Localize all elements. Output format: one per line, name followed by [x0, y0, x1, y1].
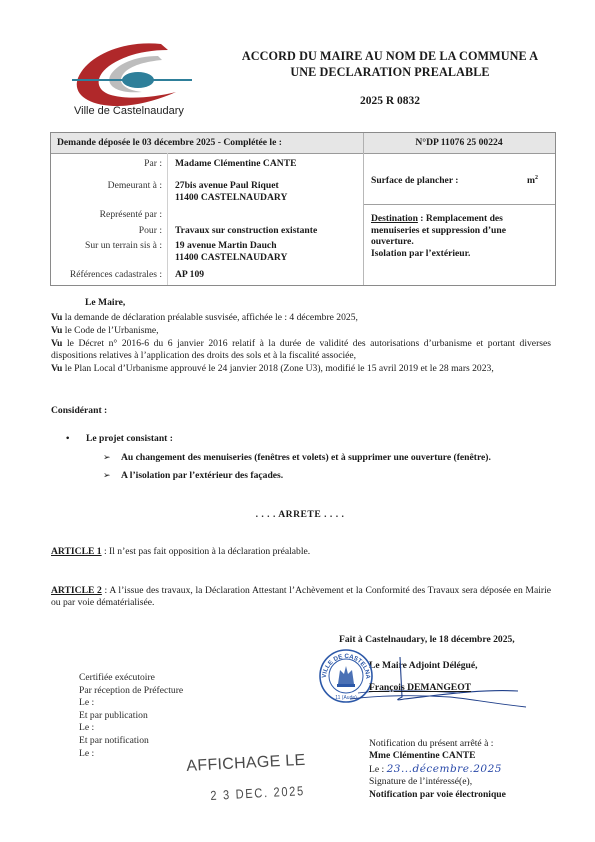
notification-signature-line: Signature de l’intéressé(e), [369, 776, 506, 788]
surface-label: Surface de plancher : [371, 175, 459, 186]
arrete-heading: . . . . ARRETE . . . . [50, 509, 550, 520]
certification-block: Certifiée exécutoire Par réception de Pr… [79, 672, 183, 760]
visa-text: la demande de déclaration préalable susv… [62, 312, 358, 323]
arrow-bullet-icon: ➢ [103, 470, 111, 481]
label-demeurant: Demeurant à : [108, 180, 162, 191]
value-purpose: Travaux sur construction existante [175, 225, 317, 237]
label-column-divider [167, 153, 168, 285]
destination-label: Destination [371, 213, 418, 224]
table-header: Demande déposée le 03 décembre 2025 - Co… [51, 133, 555, 154]
article-1: ARTICLE 1 : Il n’est pas fait opposition… [51, 546, 551, 558]
posting-stamp-date: 2 3 DEC. 2025 [210, 783, 305, 803]
surface-unit-sup: 2 [535, 175, 538, 181]
destination-line-1: Destination : Remplacement des [371, 213, 549, 225]
certification-line: Et par publication [79, 710, 183, 723]
dp-number: N°DP 11076 25 00224 [363, 137, 555, 148]
label-terrain: Sur un terrain sis à : [85, 240, 162, 251]
title-line-2: UNE DECLARATION PREALABLE [210, 64, 570, 80]
article-text: : A l’issue des travaux, la Déclaration … [51, 585, 551, 608]
label-par: Par : [144, 158, 162, 169]
main-column-divider [363, 153, 364, 285]
label-cadastral: Références cadastrales : [70, 269, 162, 280]
posting-stamp-label: AFFICHAGE LE [186, 752, 306, 776]
certification-line: Le : [79, 722, 183, 735]
article-key: ARTICLE 2 [51, 585, 102, 596]
notification-intro: Notification du présent arrêté à : [369, 738, 506, 750]
project-item-1: Au changement des menuiseries (fenêtres … [121, 452, 491, 463]
surface-unit-text: m [527, 175, 535, 186]
visa-text: le Plan Local d’Urbanisme approuvé le 24… [62, 363, 493, 374]
value-applicant: Madame Clémentine CANTE [175, 158, 297, 170]
notification-date-label: Le : [369, 764, 384, 775]
value-address: 27bis avenue Paul Riquet 11400 CASTELNAU… [175, 180, 287, 203]
application-info-table: Demande déposée le 03 décembre 2025 - Co… [50, 132, 556, 286]
bullet-icon: • [66, 433, 69, 444]
label-represente: Représenté par : [100, 209, 162, 220]
logo-text: Ville de Castelnaudary [74, 105, 184, 117]
visa-key: Vu [51, 363, 62, 374]
notification-date-handwritten: 23...décembre.2025 [387, 763, 502, 775]
certification-line: Et par notification [79, 735, 183, 748]
document-title: ACCORD DU MAIRE AU NOM DE LA COMMUNE A U… [210, 48, 570, 80]
certification-line: Le : [79, 748, 183, 761]
site-address-line-1: 19 avenue Martin Dauch [175, 240, 287, 252]
address-line-1: 27bis avenue Paul Riquet [175, 180, 287, 192]
place-date: Fait à Castelnaudary, le 18 décembre 202… [339, 634, 515, 645]
visa-2: Vu le Code de l’Urbanisme, [51, 325, 551, 337]
right-section-divider [364, 204, 555, 205]
value-site-address: 19 avenue Martin Dauch 11400 CASTELNAUDA… [175, 240, 287, 263]
site-address-line-2: 11400 CASTELNAUDARY [175, 252, 287, 264]
article-2: ARTICLE 2 : A l’issue des travaux, la Dé… [51, 585, 551, 609]
title-line-1: ACCORD DU MAIRE AU NOM DE LA COMMUNE A [210, 48, 570, 64]
notification-block: Notification du présent arrêté à : Mme C… [369, 738, 506, 801]
certification-line: Le : [79, 697, 183, 710]
visa-key: Vu [51, 338, 62, 349]
visa-text: le Code de l’Urbanisme, [62, 325, 158, 336]
project-label: Le projet consistant : [86, 433, 173, 444]
value-cadastral: AP 109 [175, 269, 204, 281]
submission-date: Demande déposée le 03 décembre 2025 - Co… [57, 137, 282, 148]
visa-3: Vu le Décret n° 2016-6 du 6 janvier 2016… [51, 338, 551, 362]
destination: Destination : Remplacement des menuiseri… [371, 213, 549, 259]
project-item-2: A l’isolation par l’extérieur des façade… [121, 470, 283, 481]
le-maire-heading: Le Maire, [85, 297, 125, 308]
reference-number: 2025 R 0832 [210, 95, 570, 107]
destination-line-2: menuiseries et suppression d’une [371, 225, 549, 237]
certification-line: Par réception de Préfecture [79, 685, 183, 698]
visa-key: Vu [51, 312, 62, 323]
arrow-bullet-icon: ➢ [103, 452, 111, 463]
destination-text-1: : Remplacement des [418, 213, 503, 224]
notification-date-line: Le : 23...décembre.2025 [369, 763, 506, 776]
article-text: : Il n’est pas fait opposition à la décl… [102, 546, 311, 557]
considerant-heading: Considérant : [51, 405, 107, 416]
certification-line: Certifiée exécutoire [79, 672, 183, 685]
signatory-name: François DEMANGEOT [369, 682, 471, 693]
notification-recipient: Mme Clémentine CANTE [369, 750, 506, 762]
visa-text: le Décret n° 2016-6 du 6 janvier 2016 re… [51, 338, 551, 361]
applicant-name: Madame Clémentine CANTE [175, 158, 297, 169]
destination-line-4: Isolation par l’extérieur. [371, 248, 549, 260]
notification-method: Notification par voie électronique [369, 789, 506, 801]
surface-unit: m2 [527, 175, 538, 186]
visa-key: Vu [51, 325, 62, 336]
visa-1: Vu la demande de déclaration préalable s… [51, 312, 551, 324]
label-pour: Pour : [139, 225, 162, 236]
article-key: ARTICLE 1 [51, 546, 102, 557]
destination-line-3: ouverture. [371, 236, 549, 248]
visa-4: Vu le Plan Local d’Urbanisme approuvé le… [51, 363, 551, 375]
address-line-2: 11400 CASTELNAUDARY [175, 192, 287, 204]
